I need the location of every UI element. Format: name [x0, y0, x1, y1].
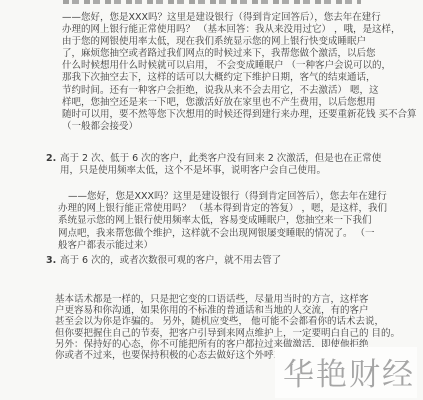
text-line: （一般都会接受） [62, 121, 396, 133]
text-line: 办理的网上银行能正常使用吗？ （基本回答：我从来没用过它） ，哦，是这样， [62, 24, 396, 36]
document-page: ——您好，您是XXX吗？这里是建设银行（得到肯定回答后），您去年在建行办理的网上… [0, 0, 423, 400]
text-line: 般客户都表示能过来） [58, 240, 390, 252]
text-line: 节约时间。还有一种客户会拒绝，说我从来不会去用它，不去激活） 嗯，这 [62, 85, 396, 97]
list-item-3: 3. 高于 6 次的，或者次数很可观的客户，就不用去管了 [46, 255, 388, 267]
item-2-script-paragraph: ——您好，您是XXX吗？这里是建设银行（得到肯定回答后），您去年在建行办理的网上… [58, 191, 390, 252]
text-line: 办理的网上银行能正常使用吗？ （基本得到肯定的答复） ，嗯，是这样，我们 [58, 203, 390, 215]
text-line: 了，麻烦您抽空或者路过我们网点的时候过来下，我帮您做个激活，以后您 [62, 48, 396, 60]
text-line: 随时可以用，要不然等您下次想用的时候还得到建行来办理，还要重新花钱 买不合算 [62, 109, 396, 121]
text-line: 什么时候想用什么时候就可以启用， 不会变成睡眠户 （一种客户会说可以的， [62, 60, 396, 72]
text-line: 网点吧，我来帮您做个维护，这样就不会出现网银屡变睡眠的情况了。 （一 [58, 228, 390, 240]
item-2-text: 高于 2 次、低于 6 次的客户，此类客户没有回来 2 次激活，但是也在正常使用… [60, 153, 381, 177]
text-line: 甚至会以为你是诈骗的。 另外，随机应变些， 他可能不会都看你的话术去说， [55, 316, 403, 327]
text-line: 系统显示您的网上银行使用频率太低，容易变成睡眠户，您抽空来一下我们 [58, 215, 390, 227]
text-line: 那我下次抽空去下，这样的话可以大概约定下维护日期，客气的结束通话， [62, 72, 396, 84]
text-line: 高于 6 次的，或者次数很可观的客户，就不用去管了 [60, 255, 281, 267]
item-3-text: 高于 6 次的，或者次数很可观的客户，就不用去管了 [60, 255, 281, 267]
clipped-text-line [63, 0, 361, 4]
list-item-2: 2. 高于 2 次、低于 6 次的客户，此类客户没有回来 2 次激活，但是也在正… [46, 153, 388, 177]
text-line: 高于 2 次、低于 6 次的客户，此类客户没有回来 2 次激活，但是也在正常使 [60, 153, 381, 165]
item-2-number: 2. [46, 153, 60, 177]
text-line: 样吧，您抽空还是来一下吧，您激活好放在家里也不产生费用，以后您想用 [62, 97, 396, 109]
text-line: 但你要把握住自己的节奏，把客户引导到来网点维护上，一定要明白自己的 目的。 [55, 328, 403, 339]
text-line: ——您好，您是XXX吗？这里是建设银行（得到肯定回答后），您去年在建行 [58, 191, 390, 203]
item-3-number: 3. [46, 255, 60, 267]
text-line: 基本话术都是一样的，只是把它变的口语话些，尽量用当时的方言，这样客 [55, 294, 403, 305]
text-line: 由于您的网银使用率太低，现在我们系统显示您的网上银行快变成睡眠户 [62, 36, 396, 48]
watermark: 华艳财经 [275, 347, 417, 398]
text-line: 用，只是使用频率太低，这个不是坏事，说明客户会自己使用。 [60, 165, 381, 177]
intro-paragraph: ——您好，您是XXX吗？这里是建设银行（得到肯定回答后），您去年在建行办理的网上… [62, 12, 396, 133]
text-line: ——您好，您是XXX吗？这里是建设银行（得到肯定回答后），您去年在建行 [62, 12, 396, 24]
text-line: 户更容易和你沟通，如果你用的不标准的普通话和当地的人交流，有的客户 [55, 305, 403, 316]
document-text-layer: ——您好，您是XXX吗？这里是建设银行（得到肯定回答后），您去年在建行办理的网上… [0, 0, 423, 400]
